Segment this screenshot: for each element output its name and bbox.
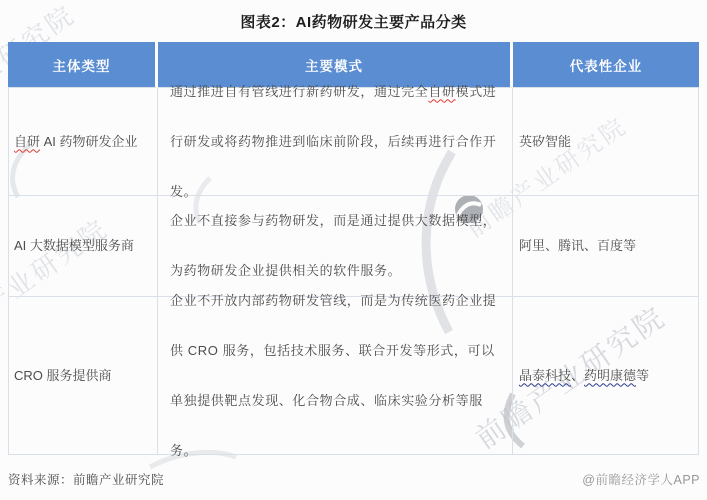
table-cell-companies: 英矽智能	[513, 88, 699, 196]
table-cell-type: 自研 AI 药物研发企业	[8, 88, 158, 196]
column-header-companies: 代表性企业	[513, 42, 699, 88]
source-note: 资料来源：前瞻产业研究院	[8, 470, 164, 488]
table-cell-companies: 阿里、腾讯、百度等	[513, 196, 699, 297]
table-cell-type: AI 大数据模型服务商	[8, 196, 158, 297]
table-cell-mode: 通过推进自有管线进行新药研发，通过完全自研模式进行研发或将药物推进到临床前阶段，…	[158, 88, 513, 196]
table-cell-type: CRO 服务提供商	[8, 297, 158, 455]
column-header-type: 主体类型	[8, 42, 158, 88]
classification-table: 主体类型 主要模式 代表性企业 自研 AI 药物研发企业 通过推进自有管线进行新…	[8, 42, 699, 455]
app-credit: @前瞻经济学人APP	[582, 470, 700, 488]
table-cell-companies: 晶泰科技、药明康德等	[513, 297, 699, 455]
report-figure: { "title": "图表2：AI药物研发主要产品分类", "table": …	[0, 0, 707, 500]
table-cell-mode: 企业不开放内部药物研发管线，而是为传统医药企业提供 CRO 服务，包括技术服务、…	[158, 297, 513, 455]
figure-title: 图表2：AI药物研发主要产品分类	[0, 11, 707, 32]
